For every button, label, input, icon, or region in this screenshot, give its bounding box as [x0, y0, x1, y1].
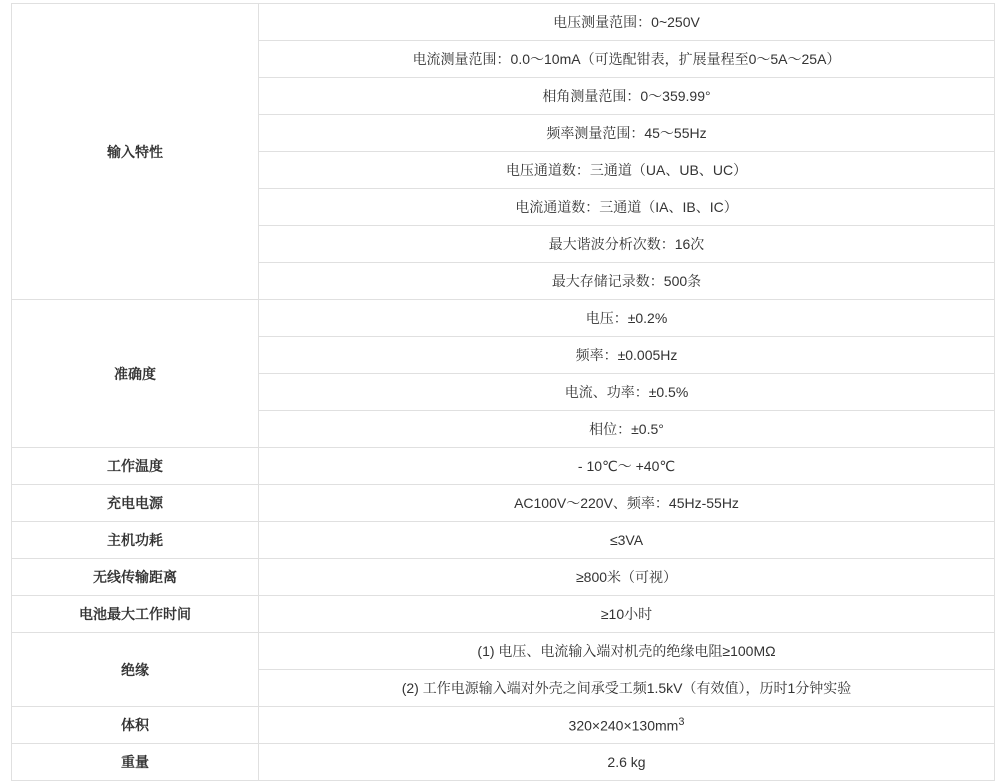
spec-value-accuracy-frequency: 频率：±0.005Hz — [259, 337, 995, 374]
spec-value-insulation-2: (2) 工作电源输入端对外壳之间承受工频1.5kV（有效值），历时1分钟实验 — [259, 670, 995, 707]
row-label-battery-max-working-time: 电池最大工作时间 — [12, 596, 259, 633]
row-label-input-characteristics: 输入特性 — [12, 4, 259, 300]
spec-value-volume: 320×240×130mm3 — [259, 707, 995, 744]
spec-value-frequency-range: 频率测量范围：45～55Hz — [259, 115, 995, 152]
row-label-charging-power: 充电电源 — [12, 485, 259, 522]
spec-value-voltage-channels: 电压通道数：三通道（UA、UB、UC） — [259, 152, 995, 189]
row-label-operating-temperature: 工作温度 — [12, 448, 259, 485]
spec-value-phase-angle-range: 相角测量范围：0～359.99° — [259, 78, 995, 115]
table-row: 电池最大工作时间 ≥10小时 — [12, 596, 995, 633]
spec-value-voltage-range: 电压测量范围：0~250V — [259, 4, 995, 41]
table-row: 重量 2.6 kg — [12, 744, 995, 768]
row-label-accuracy: 准确度 — [12, 300, 259, 448]
spec-value-host-power-consumption: ≤3VA — [259, 522, 995, 559]
spec-table-container: 输入特性 电压测量范围：0~250V 电流测量范围：0.0～10mA（可选配钳表… — [11, 3, 995, 767]
spec-value-battery-max-working-time: ≥10小时 — [259, 596, 995, 633]
row-label-wireless-distance: 无线传输距离 — [12, 559, 259, 596]
spec-value-harmonic-analysis: 最大谐波分析次数：16次 — [259, 226, 995, 263]
table-row: 无线传输距离 ≥800米（可视） — [12, 559, 995, 596]
table-row: 工作温度 - 10℃～ +40℃ — [12, 448, 995, 485]
table-row: 主机功耗 ≤3VA — [12, 522, 995, 559]
table-row: 绝缘 (1) 电压、电流输入端对机壳的绝缘电阻≥100MΩ — [12, 633, 995, 670]
volume-superscript: 3 — [678, 716, 684, 728]
spec-value-current-range: 电流测量范围：0.0～10mA（可选配钳表，扩展量程至0～5A～25A） — [259, 41, 995, 78]
spec-value-weight: 2.6 kg — [259, 744, 995, 768]
spec-value-accuracy-voltage: 电压：±0.2% — [259, 300, 995, 337]
spec-value-operating-temperature: - 10℃～ +40℃ — [259, 448, 995, 485]
table-row: 充电电源 AC100V～220V、频率：45Hz-55Hz — [12, 485, 995, 522]
spec-value-insulation-1: (1) 电压、电流输入端对机壳的绝缘电阻≥100MΩ — [259, 633, 995, 670]
volume-value: 320×240×130mm — [569, 718, 679, 734]
row-label-weight: 重量 — [12, 744, 259, 768]
table-row: 体积 320×240×130mm3 — [12, 707, 995, 744]
row-label-host-power-consumption: 主机功耗 — [12, 522, 259, 559]
spec-value-wireless-distance: ≥800米（可视） — [259, 559, 995, 596]
table-row: 输入特性 电压测量范围：0~250V — [12, 4, 995, 41]
spec-value-storage-records: 最大存储记录数：500条 — [259, 263, 995, 300]
spec-value-accuracy-current-power: 电流、功率：±0.5% — [259, 374, 995, 411]
table-row: 准确度 电压：±0.2% — [12, 300, 995, 337]
row-label-insulation: 绝缘 — [12, 633, 259, 707]
row-label-volume: 体积 — [12, 707, 259, 744]
spec-value-accuracy-phase: 相位：±0.5° — [259, 411, 995, 448]
spec-value-charging-power: AC100V～220V、频率：45Hz-55Hz — [259, 485, 995, 522]
spec-table: 输入特性 电压测量范围：0~250V 电流测量范围：0.0～10mA（可选配钳表… — [11, 3, 995, 767]
spec-value-current-channels: 电流通道数：三通道（IA、IB、IC） — [259, 189, 995, 226]
